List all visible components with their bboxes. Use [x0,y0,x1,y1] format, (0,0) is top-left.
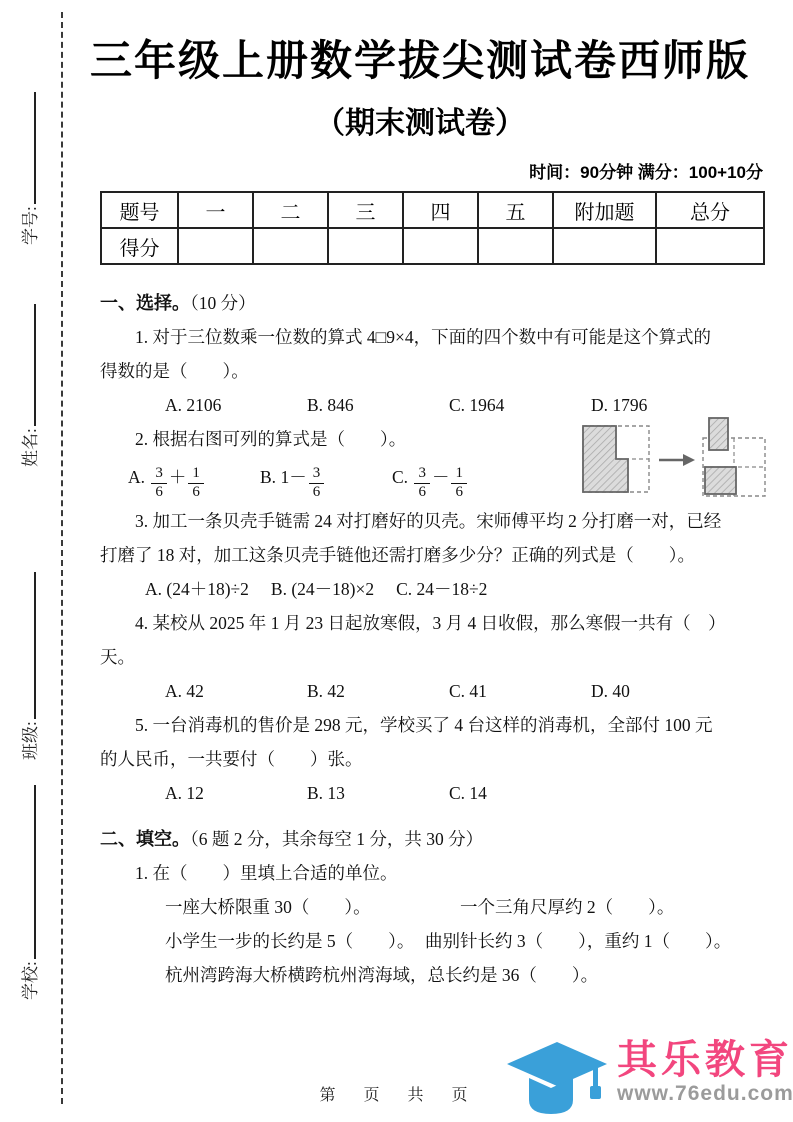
student-name-label: 姓名: [21,428,40,467]
score-cell-empty [478,228,553,264]
operator: － [289,467,307,487]
class-blank-line [17,572,36,719]
q2-option-c-label: C. [392,467,408,487]
student-name-field: 姓名: [16,290,50,467]
brand-name: 其乐教育 [617,1038,793,1082]
fraction: 36 [414,466,430,501]
score-table-score-label: 得分 [101,228,178,264]
q1-line2: 得数的是（ ）。 [100,354,763,388]
q4-option-a: A. 42 [165,674,307,708]
q3-line2: 打磨了 18 对，加工这条贝壳手链他还需打磨多少分？正确的列式是（ ）。 [100,538,763,572]
diagram-left-square [583,426,649,492]
q4-line2: 天。 [100,640,763,674]
section1-heading: 一、选择。（10 分） [100,286,763,320]
fraction: 36 [309,466,325,501]
q2-option-b: B. 1－36 [260,460,392,501]
fill-triangle-ruler: 一个三角尺厚约 2（ ）。 [460,890,674,924]
score-table-col: 一 [178,192,253,228]
score-table-col: 五 [478,192,553,228]
score-cell-empty [403,228,478,264]
brand-logo: 其乐教育 www.76edu.com [505,1038,793,1118]
q4-options: A. 42 B. 42 C. 41 D. 40 [100,674,763,708]
dashed-cut-line [61,12,63,1104]
q5-line1: 5. 一台消毒机的售价是 298 元，学校买了 4 台这样的消毒机，全部付 10… [100,708,763,742]
q1-option-b: B. 846 [307,388,449,422]
fill-bridge-weight: 一座大桥限重 30（ ）。 [165,890,460,924]
fraction-diagram [579,416,769,502]
student-name-blank-line [17,304,36,426]
s2-fill-row2: 小学生一步的长约是 5（ ）。 曲别针长约 3（ ），重约 1（ ）。 [100,924,763,958]
student-id-label: 学号: [21,206,40,245]
q1-option-c: C. 1964 [449,388,591,422]
school-label: 学校: [21,961,40,1000]
score-table: 题号 一 二 三 四 五 附加题 总分 得分 [100,191,765,265]
brand-text: 其乐教育 www.76edu.com [617,1038,793,1106]
q5-option-c: C. 14 [449,776,487,810]
q5-option-b: B. 13 [307,776,449,810]
q3-option-b: B. (24－18)×2 [271,572,374,606]
q1-line1: 1. 对于三位数乘一位数的算式 4□9×4，下面的四个数中有可能是这个算式的 [100,320,763,354]
student-id-field: 学号: [16,78,50,245]
section2-points: （6 题 2 分，其余每空 1 分，共 30 分） [190,829,483,849]
q5-line2: 的人民币，一共要付（ ）张。 [100,742,763,776]
section2-heading: 二、填空。（6 题 2 分，其余每空 1 分，共 30 分） [100,822,763,856]
question-2: 2. 根据右图可列的算式是（ ）。 A. 36＋16 B. 1－36 C. 36… [100,422,763,504]
q3-option-a: A. (24＋18)÷2 [145,572,249,606]
q2-option-a-label: A. [128,467,145,487]
fraction: 16 [188,466,204,501]
operator: － [432,467,450,487]
q3-option-c: C. 24－18÷2 [396,572,487,606]
fraction: 36 [151,466,167,501]
school-field: 学校: [16,771,50,1000]
paper-subtitle: （期末测试卷） [80,98,760,142]
paper-body: 一、选择。（10 分） 1. 对于三位数乘一位数的算式 4□9×4，下面的四个数… [100,282,763,992]
score-table-header-row: 题号 一 二 三 四 五 附加题 总分 [101,192,764,228]
fill-hangzhou-bridge: 杭州湾跨海大桥横跨杭州湾海域，总长约是 36（ ）。 [165,958,598,992]
q1-option-a: A. 2106 [165,388,307,422]
q4-option-d: D. 40 [591,674,630,708]
score-cell-empty [328,228,403,264]
section2-title: 二、填空。 [100,829,190,849]
score-table-col: 附加题 [553,192,656,228]
fill-student-step: 小学生一步的长约是 5（ ）。 [165,924,425,958]
q3-options: A. (24＋18)÷2 B. (24－18)×2 C. 24－18÷2 [100,572,763,606]
q5-options: A. 12 B. 13 C. 14 [100,776,763,810]
class-field: 班级: [16,558,50,760]
q4-option-b: B. 42 [307,674,449,708]
student-id-blank-line [17,92,36,204]
school-blank-line [17,785,36,959]
score-table-col: 四 [403,192,478,228]
whole-number: 1 [280,467,289,487]
score-cell-empty [178,228,253,264]
exam-info: 时间：90分钟 满分：100+10分 [100,158,763,183]
q5-option-a: A. 12 [165,776,307,810]
s2-fill-row3: 杭州湾跨海大桥横跨杭州湾海域，总长约是 36（ ）。 [100,958,763,992]
q2-option-b-label: B. [260,467,276,487]
score-cell-empty [253,228,328,264]
arrow-icon [659,454,695,466]
score-cell-empty [553,228,656,264]
operator: ＋ [169,467,187,487]
diagram-right-square [703,418,765,496]
q4-line1: 4. 某校从 2025 年 1 月 23 日起放寒假，3 月 4 日收假，那么寒… [100,606,763,640]
q2-option-a: A. 36＋16 [128,460,260,501]
fill-paper-clip: 曲别针长约 3（ ），重约 1（ ）。 [425,924,731,958]
score-table-score-row: 得分 [101,228,764,264]
fraction: 16 [451,466,467,501]
score-table-header-label: 题号 [101,192,178,228]
brand-url: www.76edu.com [617,1082,793,1106]
section1-points: （10 分） [190,293,256,313]
section1-title: 一、选择。 [100,293,190,313]
score-table-col: 总分 [656,192,764,228]
paper-title: 三年级上册数学拔尖测试卷西师版 [80,28,760,88]
q3-line1: 3. 加工一条贝壳手链需 24 对打磨好的贝壳。宋师傅平均 2 分打磨一对，已经 [100,504,763,538]
score-table-col: 三 [328,192,403,228]
score-cell-empty [656,228,764,264]
s2-q1-text: 1. 在（ ）里填上合适的单位。 [100,856,763,890]
s2-fill-row1: 一座大桥限重 30（ ）。 一个三角尺厚约 2（ ）。 [100,890,763,924]
class-label: 班级: [21,721,40,760]
q4-option-c: C. 41 [449,674,591,708]
graduation-cap-icon [505,1038,609,1118]
q2-option-c: C. 36－16 [392,460,524,501]
score-table-col: 二 [253,192,328,228]
test-paper-page: 学号: 姓名: 班级: 学校: 三年级上册数学拔尖测试卷西师版 （期末测试卷） … [0,0,793,1122]
